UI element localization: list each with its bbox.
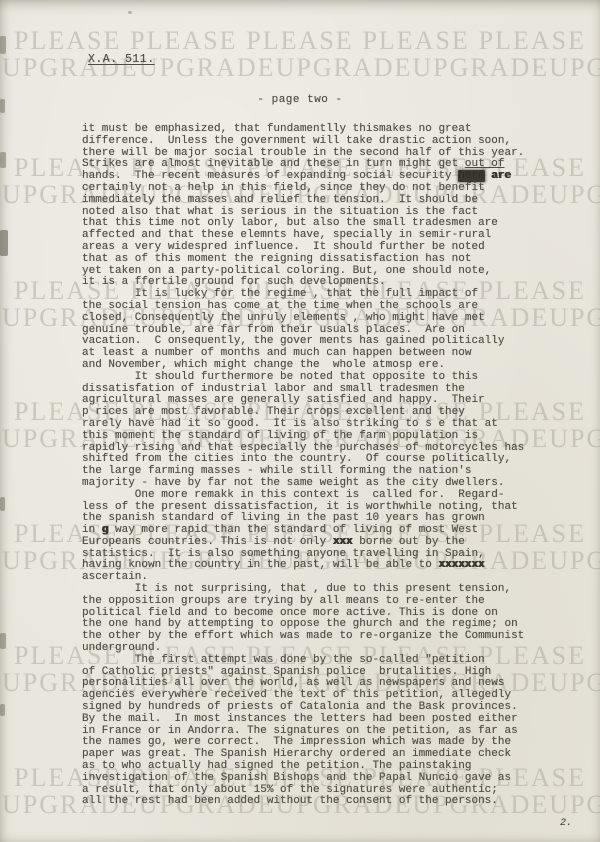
text-line: that as of this moment the reigning diss… xyxy=(82,254,562,266)
text-line: and November, which might change the who… xyxy=(82,360,562,372)
watermark-row: PLEASEPLEASEPLEASEPLEASEPLEASE xyxy=(14,27,586,54)
text-line: difference. Unless the government will t… xyxy=(82,136,562,148)
text-line: It should furthermore be noted that oppo… xyxy=(82,372,562,384)
watermark-word: PLEASE xyxy=(479,27,586,54)
text-line: certainly not a help in this field, sinc… xyxy=(82,183,562,195)
paragraph: It is lucky for the regime , that the fu… xyxy=(82,289,562,372)
overstruck-text: xxx xyxy=(333,536,353,548)
watermark-word: UPGRADE xyxy=(412,54,549,81)
overstruck-text: g xyxy=(102,524,109,536)
watermark-word: UPGRADE xyxy=(276,54,413,81)
overstruck-text: are xyxy=(491,170,511,182)
page-heading: - page two - xyxy=(0,94,600,106)
text-line: investigation of the Spanish Bishops and… xyxy=(82,773,562,785)
blacked-out-text: here xyxy=(458,170,484,182)
underlined-text: out of xyxy=(465,158,505,170)
text-line: immediately the masses and relief the te… xyxy=(82,195,562,207)
page-number: 2. xyxy=(560,818,572,829)
watermark-word: PLEASE xyxy=(14,27,121,54)
text-line: the opposition groups are trying by all … xyxy=(82,596,562,608)
text-line: having known the country in the past, wi… xyxy=(82,560,562,572)
text-line: By the mail. In most instances the lette… xyxy=(82,714,562,726)
watermark-word: PLEASE xyxy=(130,27,237,54)
text-line: The first attempt was done by the so-cal… xyxy=(82,655,562,667)
text-line: closed, Consequently the unruly elements… xyxy=(82,313,562,325)
watermark-word: UPGRADE xyxy=(549,54,600,81)
watermark-word: PLEASE xyxy=(246,27,353,54)
text-line: rarely have had it so good. It is also s… xyxy=(82,419,562,431)
text-line: the social tension has come at the time … xyxy=(82,301,562,313)
text-line: One more remakk in this context is calle… xyxy=(82,490,562,502)
overstruck-text: xxxxxxx xyxy=(438,559,484,571)
text-line: this moment the standard of living of th… xyxy=(82,431,562,443)
paragraph: It should furthermore be noted that oppo… xyxy=(82,372,562,490)
text-line: all the rest had been added without the … xyxy=(82,796,562,808)
reference-number: X.A. 511. xyxy=(88,53,155,66)
document-body: it must be emphasized, that fundamentlly… xyxy=(82,124,562,808)
watermark-word: UPGRADE xyxy=(139,54,276,81)
text-line: majority - have by far not the same weig… xyxy=(82,478,562,490)
scanned-document-page: PLEASEPLEASEPLEASEPLEASEPLEASEUPGRADEUPG… xyxy=(0,0,600,842)
paragraph: It is not surprising, that , due to this… xyxy=(82,584,562,655)
paragraph: The first attempt was done by the so-cal… xyxy=(82,655,562,808)
text-line: Europeans countries. This is not only xx… xyxy=(82,537,562,549)
watermark-word: PLEASE xyxy=(362,27,469,54)
text-line: areas a very widespred influence. It sho… xyxy=(82,242,562,254)
paragraph: it must be emphasized, that fundamentlly… xyxy=(82,124,562,289)
paragraph: One more remakk in this context is calle… xyxy=(82,490,562,584)
